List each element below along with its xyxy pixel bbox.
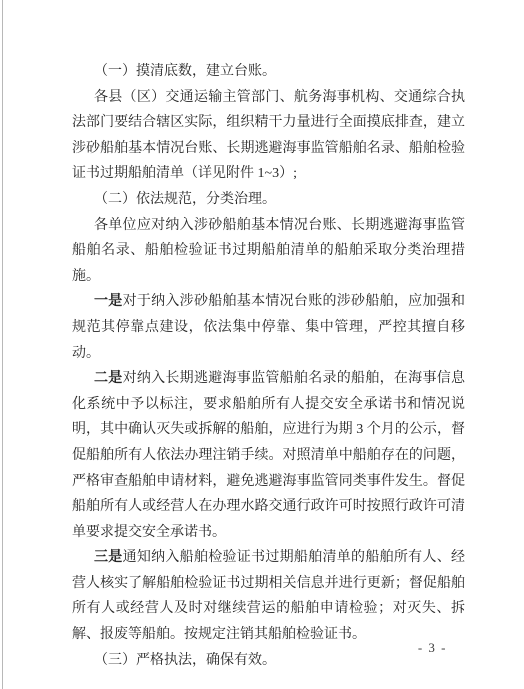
document-body: （一）摸清底数，建立台账。 各县（区）交通运输主管部门、航务海事机构、交通综合执…: [72, 59, 465, 673]
page-number-text: - 3 -: [418, 640, 447, 655]
section-heading-3: （三）严格执法，确保有效。: [72, 648, 465, 674]
paragraph-text: 对于纳入涉砂船舶基本情况台账的涉砂船舶，应加强和规范其停靠点建设，依法集中停靠、…: [72, 294, 465, 360]
paragraph-text: 通知纳入船舶检验证书过期船舶清单的船舶所有人、经营人核实了解船舶检验证书过期相关…: [72, 550, 465, 642]
paragraph: 一是对于纳入涉砂船舶基本情况台账的涉砂船舶，应加强和规范其停靠点建设，依法集中停…: [72, 289, 465, 366]
paragraph-lead: 一是: [94, 294, 123, 309]
paragraph: 三是通知纳入船舶检验证书过期船舶清单的船舶所有人、经营人核实了解船舶检验证书过期…: [72, 545, 465, 647]
section-heading-text: （一）摸清底数，建立台账。: [94, 64, 276, 79]
section-heading-2: （二）依法规范，分类治理。: [72, 187, 465, 213]
paragraph: 二是对纳入长期逃避海事监管船舶名录的船舶，在海事信息化系统中予以标注，要求船舶所…: [72, 366, 465, 545]
paragraph: 各单位应对纳入涉砂船舶基本情况台账、长期逃避海事监管船舶名录、船舶检验证书过期船…: [72, 213, 465, 290]
paragraph-lead: 三是: [94, 550, 123, 565]
section-heading-text: （三）严格执法，确保有效。: [94, 653, 276, 668]
paragraph-text: 各单位应对纳入涉砂船舶基本情况台账、长期逃避海事监管船舶名录、船舶检验证书过期船…: [72, 218, 465, 284]
section-heading-text: （二）依法规范，分类治理。: [94, 192, 276, 207]
paragraph-text: 各县（区）交通运输主管部门、航务海事机构、交通综合执法部门要结合辖区实际，组织精…: [72, 90, 465, 182]
scan-edge-line: [2, 0, 3, 689]
paragraph-text: 对纳入长期逃避海事监管船舶名录的船舶，在海事信息化系统中予以标注，要求船舶所有人…: [72, 371, 465, 540]
paragraph-lead: 二是: [94, 371, 123, 386]
document-page: （一）摸清底数，建立台账。 各县（区）交通运输主管部门、航务海事机构、交通综合执…: [0, 0, 524, 689]
page-number: - 3 -: [418, 640, 447, 656]
section-heading-1: （一）摸清底数，建立台账。: [72, 59, 465, 85]
paragraph: 各县（区）交通运输主管部门、航务海事机构、交通综合执法部门要结合辖区实际，组织精…: [72, 85, 465, 187]
